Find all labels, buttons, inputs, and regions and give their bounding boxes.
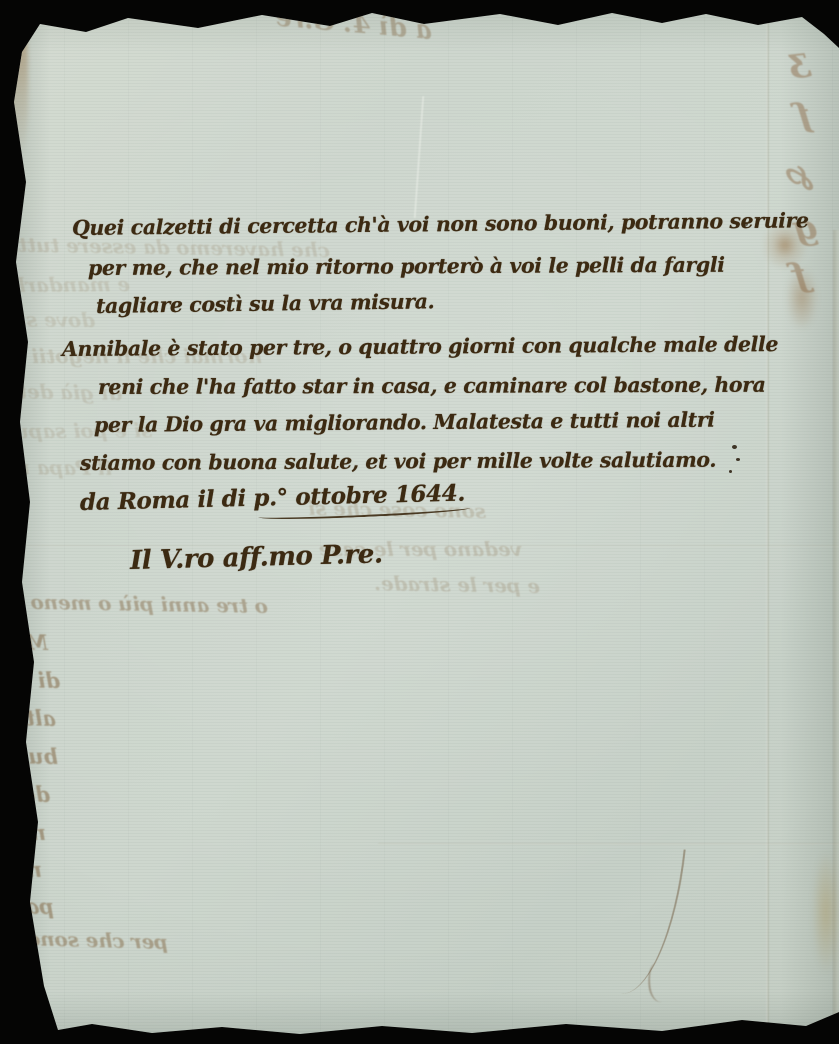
show-through-docket: a dì 4. G.re bbox=[274, 2, 433, 46]
show-through-line: del governo. Di qui non corre per adesso… bbox=[0, 764, 50, 807]
letter-line: per me, che nel mio ritorno porterò à vo… bbox=[88, 253, 725, 280]
letter-page: a dì 4. G.reche haveremo da essere tutti… bbox=[0, 0, 839, 1044]
letter-line: Quei calzetti di cercetta ch'à voi non s… bbox=[72, 208, 809, 240]
vertical-fold-crease bbox=[766, 18, 769, 1026]
photograph: a dì 4. G.reche haveremo da essere tutti… bbox=[0, 0, 839, 1044]
ink-fleck bbox=[732, 445, 737, 449]
show-through-line: Mercordì che sarà la festa di san France… bbox=[0, 610, 48, 655]
bleed-through-pen-stroke-hook bbox=[645, 960, 678, 1004]
show-through-line: o tre anni più o meno di vita. bbox=[0, 588, 268, 618]
show-through-fragment: dove si attende con le lettere di bbox=[0, 305, 95, 332]
show-through-margin-glyph: ℘ bbox=[786, 151, 814, 193]
show-through-line: buone per le cose principali e sperare l… bbox=[0, 731, 58, 769]
ink-fleck bbox=[736, 458, 740, 461]
show-through-margin-glyph: ſ bbox=[794, 95, 813, 136]
show-through-line: altre dimostrazioni di allegrezza, giubi… bbox=[0, 688, 56, 731]
letter-line: tagliare costì su la vra misura. bbox=[96, 289, 435, 318]
horizontal-fold-crease-lower bbox=[378, 843, 839, 845]
stain-left-edge bbox=[6, 10, 28, 160]
show-through-margin-glyph: ʒ bbox=[788, 39, 811, 81]
letter-line: reni che l'ha fatto star in casa, e cami… bbox=[98, 373, 766, 399]
show-through-margin-glyph: ƒ bbox=[790, 255, 809, 296]
diagonal-crease bbox=[414, 96, 425, 218]
show-through-line: di Nro Sigr. si pigliaranno in Campidogl… bbox=[0, 655, 60, 693]
letter-line: Annibale è stato per tre, o quattro gior… bbox=[62, 332, 778, 361]
show-through-line: per che sono tutte vanità di vita del mo… bbox=[0, 917, 168, 954]
ink-fleck bbox=[729, 470, 732, 473]
stain-bottom-right bbox=[812, 850, 839, 974]
letter-line: stiamo con buona salute, et voi per mill… bbox=[80, 448, 716, 475]
show-through-fragment: e per le strade. bbox=[374, 571, 540, 598]
signature: Il V.ro aff.mo P.re. bbox=[130, 539, 383, 576]
show-through-line: ne le che guerra vedere anche se per le … bbox=[0, 808, 46, 845]
letter-line: per la Dio gra va migliorando. Malatesta… bbox=[94, 408, 715, 437]
show-through-line: pagare loro che saranno qui che per ogni… bbox=[0, 881, 54, 919]
